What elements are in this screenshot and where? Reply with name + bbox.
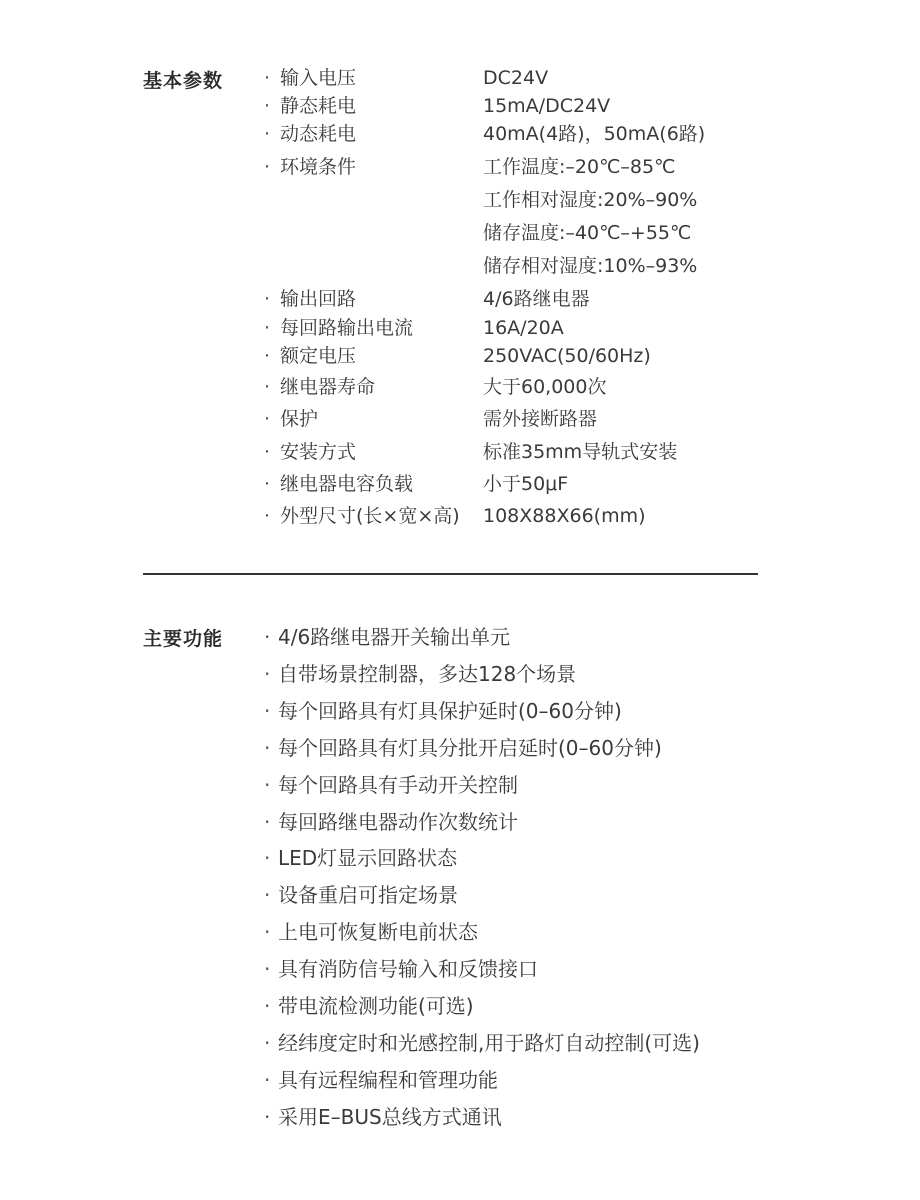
spec-label: 静态耗电 [280,92,356,120]
bullet-icon: · [264,438,280,466]
feature-item: ·每个回路具有灯具保护延时(0–60分钟) [264,696,622,726]
feature-item: ·具有远程编程和管理功能 [264,1065,498,1095]
spec-value: 大于60,000次 [483,373,606,401]
spec-value: 108X88X66(mm) [483,502,646,530]
bullet-icon: · [264,807,278,837]
feature-text: 4/6路继电器开关输出单元 [278,625,510,649]
bullet-icon: · [264,954,278,984]
spec-row: ·安装方式 [264,438,356,466]
bullet-icon: · [264,770,278,800]
spec-value: 标准35mm导轨式安装 [483,438,677,466]
spec-value: 250VAC(50/60Hz) [483,342,651,370]
feature-text: 设备重启可指定场景 [278,883,458,907]
section-title-basic-params: 基本参数 [143,66,223,93]
bullet-icon: · [264,622,278,652]
bullet-icon: · [264,696,278,726]
spec-row: ·环境条件 [264,153,356,181]
spec-value: 工作相对湿度:20%–90% [483,186,697,214]
bullet-icon: · [264,733,278,763]
feature-text: 自带场景控制器，多达128个场景 [278,662,576,686]
feature-item: ·4/6路继电器开关输出单元 [264,622,510,652]
bullet-icon: · [264,153,280,181]
spec-label: 继电器寿命 [280,373,375,401]
feature-item: ·带电流检测功能(可选) [264,991,474,1021]
spec-value: 储存温度:–40℃–+55℃ [483,219,691,247]
spec-value: 储存相对湿度:10%–93% [483,252,697,280]
feature-item: ·具有消防信号输入和反馈接口 [264,954,538,984]
bullet-icon: · [264,373,280,401]
feature-item: ·经纬度定时和光感控制,用于路灯自动控制(可选) [264,1028,700,1058]
section-divider [143,573,758,575]
feature-text: 每个回路具有灯具保护延时(0–60分钟) [278,699,622,723]
feature-text: 具有远程编程和管理功能 [278,1068,498,1092]
bullet-icon: · [264,1102,278,1132]
spec-label: 额定电压 [280,342,356,370]
feature-text: 具有消防信号输入和反馈接口 [278,957,538,981]
spec-row: ·保护 [264,405,318,433]
spec-row: ·静态耗电 [264,92,356,120]
bullet-icon: · [264,342,280,370]
spec-label: 输出回路 [280,285,356,313]
spec-label: 安装方式 [280,438,356,466]
bullet-icon: · [264,1028,278,1058]
feature-item: ·采用E–BUS总线方式通讯 [264,1102,502,1132]
bullet-icon: · [264,991,278,1021]
feature-text: 带电流检测功能(可选) [278,994,474,1018]
spec-value: DC24V [483,64,548,92]
bullet-icon: · [264,659,278,689]
feature-text: 采用E–BUS总线方式通讯 [278,1105,502,1129]
spec-row: ·额定电压 [264,342,356,370]
spec-label: 每回路输出电流 [280,314,413,342]
spec-row: ·每回路输出电流 [264,314,413,342]
feature-text: 每回路继电器动作次数统计 [278,810,518,834]
bullet-icon: · [264,120,280,148]
feature-text: 每个回路具有灯具分批开启延时(0–60分钟) [278,736,662,760]
feature-item: ·LED灯显示回路状态 [264,843,457,873]
spec-row: ·动态耗电 [264,120,356,148]
spec-value: 小于50μF [483,470,568,498]
spec-row: ·输入电压 [264,64,356,92]
bullet-icon: · [264,1065,278,1095]
feature-text: LED灯显示回路状态 [278,846,457,870]
spec-value: 需外接断路器 [483,405,597,433]
feature-item: ·每个回路具有灯具分批开启延时(0–60分钟) [264,733,662,763]
bullet-icon: · [264,64,280,92]
spec-row: ·继电器寿命 [264,373,375,401]
section-title-main-functions: 主要功能 [143,624,223,651]
spec-value: 工作温度:–20℃–85℃ [483,153,675,181]
bullet-icon: · [264,880,278,910]
feature-item: ·设备重启可指定场景 [264,880,458,910]
bullet-icon: · [264,314,280,342]
spec-label: 保护 [280,405,318,433]
bullet-icon: · [264,285,280,313]
feature-text: 上电可恢复断电前状态 [278,920,478,944]
feature-item: ·每回路继电器动作次数统计 [264,807,518,837]
spec-label: 环境条件 [280,153,356,181]
spec-label: 动态耗电 [280,120,356,148]
feature-item: ·每个回路具有手动开关控制 [264,770,518,800]
spec-row: ·外型尺寸(长×宽×高) [264,502,460,530]
bullet-icon: · [264,470,280,498]
spec-value: 16A/20A [483,314,564,342]
spec-value: 40mA(4路)，50mA(6路) [483,120,705,148]
spec-value: 4/6路继电器 [483,285,590,313]
bullet-icon: · [264,502,280,530]
bullet-icon: · [264,843,278,873]
spec-value: 15mA/DC24V [483,92,610,120]
spec-label: 外型尺寸(长×宽×高) [280,502,460,530]
feature-item: ·上电可恢复断电前状态 [264,917,478,947]
spec-row: ·继电器电容负载 [264,470,413,498]
feature-text: 每个回路具有手动开关控制 [278,773,518,797]
bullet-icon: · [264,917,278,947]
spec-label: 输入电压 [280,64,356,92]
feature-item: ·自带场景控制器，多达128个场景 [264,659,576,689]
spec-label: 继电器电容负载 [280,470,413,498]
bullet-icon: · [264,92,280,120]
bullet-icon: · [264,405,280,433]
feature-text: 经纬度定时和光感控制,用于路灯自动控制(可选) [278,1031,700,1055]
spec-row: ·输出回路 [264,285,356,313]
